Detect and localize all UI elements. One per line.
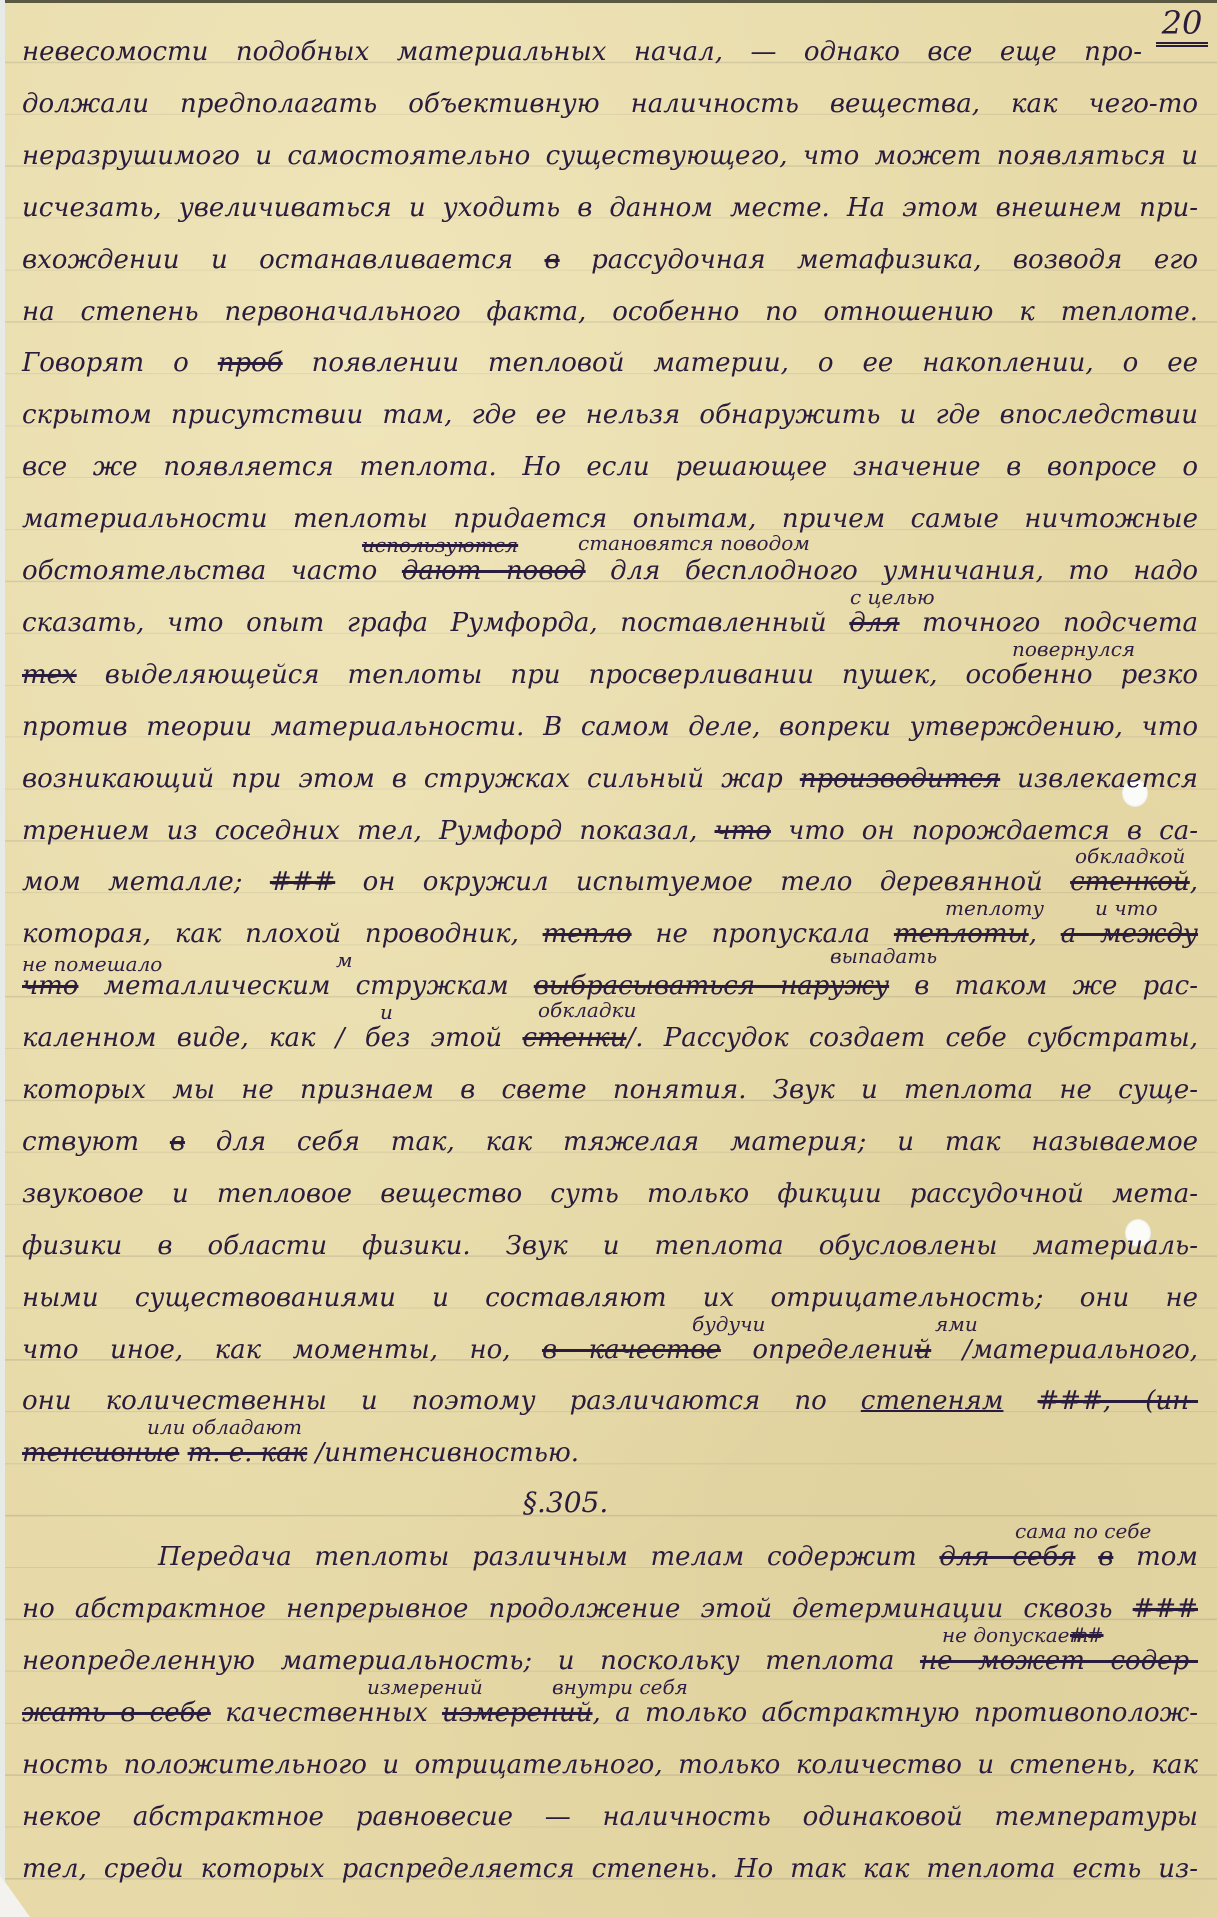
manuscript-line: звуковое и тепловое вещество суть только…: [22, 1177, 1198, 1211]
line-text: неразрушимого и самостоятельно существую…: [22, 141, 1198, 171]
manuscript-line: должали предполагать объективную налично…: [22, 87, 1198, 121]
line-text: для себя так, как тяжелая материя; и так…: [185, 1127, 1198, 1157]
struck-text: производится: [800, 764, 1000, 794]
line-text: ными существованиями и составляют их отр…: [22, 1283, 1198, 1313]
manuscript-line: ность положительного и отрицательного, т…: [22, 1748, 1198, 1782]
interlinear-insertion: и: [380, 1000, 393, 1024]
line-text: что он порождается в са-: [771, 816, 1198, 846]
interlinear-insertion: с целью: [850, 585, 935, 609]
struck-text: для: [849, 608, 899, 638]
manuscript-line: тех выделяющейся теплоты при просверлива…: [22, 658, 1198, 692]
line-text: должали предполагать объективную налично…: [22, 89, 1198, 119]
manuscript-line: скрытом присутствии там, где ее нельзя о…: [22, 398, 1198, 432]
interlinear-insertion: измерений: [367, 1675, 483, 1699]
interlinear-insertion: обкладкой: [1075, 844, 1185, 868]
line-text: трением из соседних тел, Румфорд показал…: [22, 816, 715, 846]
interlinear-insertion: ями: [935, 1312, 978, 1336]
section-heading: §.305.: [523, 1486, 723, 1520]
line-text: /. Рассудок создает себе субстраты,: [626, 1023, 1198, 1053]
struck-text: в качестве: [542, 1335, 721, 1365]
struck-text: стенкой: [1070, 867, 1190, 897]
line-text: [1003, 1386, 1037, 1416]
interlinear-insertion-struck: используются: [362, 533, 518, 557]
interlinear-insertion: выпадать: [830, 944, 937, 968]
struck-text: жать в себе: [22, 1698, 211, 1728]
line-text: появлении тепловой материи, о ее накопле…: [283, 348, 1198, 378]
paper-left-edge: [0, 0, 5, 1917]
struck-text: для себя: [939, 1542, 1075, 1572]
manuscript-line: некое абстрактное равновесие — наличност…: [22, 1800, 1198, 1834]
line-text: /материального,: [931, 1335, 1198, 1365]
manuscript-line: возникающий при этом в стружках сильный …: [22, 762, 1198, 796]
line-text: ствуют: [22, 1127, 170, 1157]
interlinear-insertion: не помешало: [22, 952, 162, 976]
line-text: сказать, что опыт графа Румфорда, постав…: [22, 608, 849, 638]
line-text: исчезать, увеличиваться и уходить в данн…: [22, 193, 1198, 223]
manuscript-line: что иное, как моменты, но, в качестве оп…: [22, 1333, 1198, 1367]
line-text: они количественны и поэтому различаются …: [22, 1386, 861, 1416]
manuscript-line: они количественны и поэтому различаются …: [22, 1384, 1198, 1418]
interlinear-insertion: обкладки: [538, 998, 636, 1022]
line-text: ность положительного и отрицательного, т…: [22, 1750, 1198, 1780]
struck-text: тепло: [543, 919, 632, 949]
line-text: ,: [1029, 919, 1061, 949]
interlinear-insertion: становятся поводом: [578, 531, 810, 555]
line-text: на степень первоначального факта, особен…: [22, 297, 1198, 327]
interlinear-insertion: теплоту: [945, 896, 1044, 920]
struck-text: проб: [218, 348, 283, 378]
line-text: рассудочная метафизика, возводя его: [560, 245, 1198, 275]
line-text: которая, как плохой проводник,: [22, 919, 543, 949]
struck-text: ###: [270, 867, 335, 897]
manuscript-line: на степень первоначального факта, особен…: [22, 295, 1198, 329]
line-text: выделяющейся теплоты при просверливании …: [77, 660, 1198, 690]
line-text: , а только абстрактную противополож-: [593, 1698, 1199, 1728]
manuscript-line: физики в области физики. Звук и теплота …: [22, 1229, 1198, 1263]
line-text: но абстрактное непрерывное продолжение э…: [22, 1594, 1133, 1624]
struck-text: ###, (ин-: [1038, 1386, 1199, 1416]
manuscript-line: Говорят о проб появлении тепловой матери…: [22, 346, 1198, 380]
manuscript-line: тенсивные т. е. как /интенсивностью.: [22, 1436, 1198, 1470]
manuscript-page: 20 невесомости подобных материальных нач…: [0, 0, 1217, 1917]
manuscript-line: ными существованиями и составляют их отр…: [22, 1281, 1198, 1315]
line-text: вхождении и останавливается: [22, 245, 545, 275]
struck-text: в: [545, 245, 560, 275]
line-text: которых мы не признаем в свете понятия. …: [22, 1075, 1198, 1105]
underlined-text: степеням: [861, 1386, 1004, 1416]
line-text: что иное, как моменты, но,: [22, 1335, 542, 1365]
struck-text: ###: [1133, 1594, 1198, 1624]
struck-text: а между: [1061, 919, 1198, 949]
line-text: для бесплодного умничания, то надо: [586, 556, 1198, 586]
line-text: Передача теплоты различным телам содержи…: [158, 1542, 939, 1572]
struck-text: в: [170, 1127, 185, 1157]
line-text: извлекается: [1000, 764, 1198, 794]
line-text: физики в области физики. Звук и теплота …: [22, 1231, 1198, 1261]
interlinear-insertion: внутри себя: [552, 1675, 688, 1699]
interlinear-insertion: и что: [1095, 896, 1158, 920]
line-text: звуковое и тепловое вещество суть только…: [22, 1179, 1198, 1209]
line-text: каленном виде, как / без этой: [22, 1023, 522, 1053]
struck-text: не может содер-: [920, 1646, 1198, 1676]
line-text: он окружил испытуемое тело деревянной: [335, 867, 1070, 897]
line-text: возникающий при этом в стружках сильный …: [22, 764, 800, 794]
struck-text: стенки: [522, 1023, 626, 1053]
manuscript-line: каленном виде, как / без этой стенки/. Р…: [22, 1021, 1198, 1055]
manuscript-line: неопределенную материальность; и посколь…: [22, 1644, 1198, 1678]
manuscript-line: против теории материальности. В самом де…: [22, 710, 1198, 744]
struck-text: в: [1098, 1542, 1113, 1572]
paper-top-edge: [0, 0, 1217, 3]
line-text: точного подсчета: [900, 608, 1198, 638]
line-text: невесомости подобных материальных начал,…: [22, 37, 1142, 67]
manuscript-line: сказать, что опыт графа Румфорда, постав…: [22, 606, 1198, 640]
line-text: неопределенную материальность; и посколь…: [22, 1646, 920, 1676]
manuscript-line: невесомости подобных материальных начал,…: [22, 35, 1142, 69]
struck-text: что: [715, 816, 771, 846]
interlinear-insertion: будучи: [692, 1312, 765, 1336]
line-text: тел, среди которых распределяется степен…: [22, 1854, 1198, 1884]
line-text: /интенсивностью.: [307, 1438, 579, 1468]
line-text: скрытом присутствии там, где ее нельзя о…: [22, 400, 1198, 430]
manuscript-line: которая, как плохой проводник, тепло не …: [22, 917, 1198, 951]
line-text: том: [1113, 1542, 1198, 1572]
manuscript-line: ствуют в для себя так, как тяжелая матер…: [22, 1125, 1198, 1159]
manuscript-line: но абстрактное непрерывное продолжение э…: [22, 1592, 1198, 1626]
struck-text: измерений: [442, 1698, 593, 1728]
line-text: обстоятельства часто: [22, 556, 402, 586]
manuscript-line: вхождении и останавливается в рассудочна…: [22, 243, 1198, 277]
manuscript-line: мом металле; ### он окружил испытуемое т…: [22, 865, 1198, 899]
struck-text: тех: [22, 660, 77, 690]
line-text: [179, 1438, 187, 1468]
line-text: некое абстрактное равновесие — наличност…: [22, 1802, 1198, 1832]
interlinear-insertion-struck: ##: [1070, 1623, 1104, 1647]
manuscript-line: исчезать, увеличиваться и уходить в данн…: [22, 191, 1198, 225]
manuscript-line: Передача теплоты различным телам содержи…: [158, 1540, 1198, 1574]
line-text: качественных: [211, 1698, 442, 1728]
line-text: в таком же рас-: [889, 971, 1198, 1001]
line-text: Говорят о: [22, 348, 218, 378]
page-number: 20: [1156, 4, 1208, 47]
interlinear-insertion: повернулся: [1012, 637, 1135, 661]
interlinear-insertion: сама по себе: [1015, 1519, 1151, 1543]
interlinear-insertion: м: [336, 948, 353, 972]
manuscript-line: обстоятельства часто дают повод для бесп…: [22, 554, 1198, 588]
line-text: [1075, 1542, 1098, 1572]
line-text: материальности теплоты придается опытам,…: [22, 504, 1198, 534]
struck-text: т. е. как: [188, 1438, 308, 1468]
manuscript-line: тел, среди которых распределяется степен…: [22, 1852, 1198, 1886]
interlinear-insertion: или обладают: [147, 1415, 302, 1439]
struck-text: дают повод: [402, 556, 586, 586]
line-text: ,: [1190, 867, 1198, 897]
manuscript-line: жать в себе качественных измерений, а то…: [22, 1696, 1198, 1730]
line-text: определени: [721, 1335, 915, 1365]
struck-text: тенсивные: [22, 1438, 179, 1468]
struck-text: выбрасываться наружу: [534, 971, 889, 1001]
manuscript-line: неразрушимого и самостоятельно существую…: [22, 139, 1198, 173]
manuscript-line: которых мы не признаем в свете понятия. …: [22, 1073, 1198, 1107]
manuscript-line: все же появляется теплота. Но если решаю…: [22, 450, 1198, 484]
line-text: против теории материальности. В самом де…: [22, 712, 1198, 742]
line-text: мом металле;: [22, 867, 270, 897]
line-text: все же появляется теплота. Но если решаю…: [22, 452, 1198, 482]
section-number: §.305.: [523, 1486, 608, 1519]
struck-text: й: [914, 1335, 931, 1365]
manuscript-line: трением из соседних тел, Румфорд показал…: [22, 814, 1198, 848]
interlinear-insertion: не допускает: [942, 1623, 1088, 1647]
